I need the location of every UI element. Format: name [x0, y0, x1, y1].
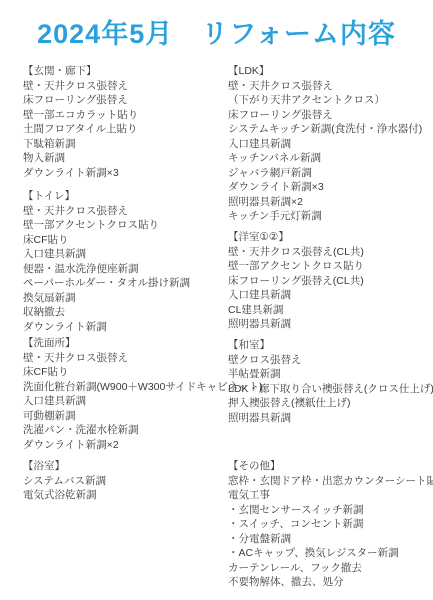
section: 【洗面所】 壁・天井クロス張替え床CF貼り洗面化粧台新調(W900＋W300サイ…	[23, 336, 263, 452]
section-item: ・スイッチ、コンセント新調	[228, 517, 433, 532]
section-item: 入口建具新調	[23, 247, 190, 262]
section-item: 照明器具新調	[228, 317, 364, 332]
section-heading: 【トイレ】	[23, 189, 190, 204]
section-items: 壁クロス張替え半帖畳新調LDK・廊下取り合い襖張替え(クロス仕上げ)押入襖張替え…	[228, 353, 433, 426]
section-item: 洗面化粧台新調(W900＋W300サイドキャビネット)	[23, 380, 263, 395]
section-item: 洗濯パン・洗濯水栓新調	[23, 423, 263, 438]
section-item: 可動棚新調	[23, 409, 263, 424]
section-item: 押入襖張替え(襖紙仕上げ)	[228, 396, 433, 411]
section-item: 入口建具新調	[23, 394, 263, 409]
section-item: 床CF貼り	[23, 233, 190, 248]
section-heading: 【洗面所】	[23, 336, 263, 351]
section-item: 壁一部アクセントクロス貼り	[23, 218, 190, 233]
section-item: ダウンライト新調	[23, 320, 190, 335]
section: 【トイレ】 壁・天井クロス張替え壁一部アクセントクロス貼り床CF貼り入口建具新調…	[23, 189, 190, 334]
section-item: 下駄箱新調	[23, 137, 138, 152]
section-item: ダウンライト新調×2	[23, 438, 263, 453]
section-heading: 【LDK】	[228, 64, 422, 79]
section-heading: 【浴室】	[23, 459, 106, 474]
section-items: 壁・天井クロス張替え床フローリング張替え壁一部エコカラット貼り土間フロアタイル上…	[23, 79, 138, 181]
section-item: 物入新調	[23, 151, 138, 166]
section-item: 壁一部アクセントクロス貼り	[228, 259, 364, 274]
section-item: 壁・天井クロス張替え	[23, 351, 263, 366]
section: 【浴室】 システムバス新調電気式浴乾新調	[23, 459, 106, 503]
section-item: システムキッチン新調(食洗付・浄水器付)	[228, 122, 422, 137]
section-item: システムバス新調	[23, 474, 106, 489]
section-item: 壁・天井クロス張替え	[228, 79, 422, 94]
section-item: 壁・天井クロス張替え	[23, 204, 190, 219]
section-item: 入口建具新調	[228, 137, 422, 152]
section-items: システムバス新調電気式浴乾新調	[23, 474, 106, 503]
section-heading: 【洋室①②】	[228, 230, 364, 245]
section-item: 窓枠・玄関ドア枠・出窓カウンターシート貼り	[228, 474, 433, 489]
section-item: 照明器具新調×2	[228, 195, 422, 210]
section: 【洋室①②】 壁・天井クロス張替え(CL共)壁一部アクセントクロス貼り床フローリ…	[228, 230, 364, 332]
section-item: 収納撤去	[23, 305, 190, 320]
section-item: 床CF貼り	[23, 365, 263, 380]
section-item: 土間フロアタイル上貼り	[23, 122, 138, 137]
section-item: 床フローリング張替え(CL共)	[228, 274, 364, 289]
section-items: 壁・天井クロス張替え（下がり天井アクセントクロス）床フローリング張替えシステムキ…	[228, 79, 422, 224]
section-items: 壁・天井クロス張替え(CL共)壁一部アクセントクロス貼り床フローリング張替え(C…	[228, 245, 364, 332]
section: 【玄関・廊下】 壁・天井クロス張替え床フローリング張替え壁一部エコカラット貼り土…	[23, 64, 138, 180]
section-heading: 【玄関・廊下】	[23, 64, 138, 79]
section-item: キッチン手元灯新調	[228, 209, 422, 224]
section-heading: 【和室】	[228, 338, 433, 353]
section-item: ・分電盤新調	[228, 532, 433, 547]
section: 【その他】 窓枠・玄関ドア枠・出窓カウンターシート貼り電気工事・玄関センサースイ…	[228, 459, 433, 590]
section-item: 壁クロス張替え	[228, 353, 433, 368]
section-items: 壁・天井クロス張替え床CF貼り洗面化粧台新調(W900＋W300サイドキャビネッ…	[23, 351, 263, 453]
section-item: 入口建具新調	[228, 288, 364, 303]
section-item: 壁一部エコカラット貼り	[23, 108, 138, 123]
section-item: ・ACキャップ、換気レジスター新調	[228, 546, 433, 561]
section-item: 半帖畳新調	[228, 367, 433, 382]
section-item: キッチンパネル新調	[228, 151, 422, 166]
document-page: 2024年5月 リフォーム内容 【玄関・廊下】 壁・天井クロス張替え床フローリン…	[0, 0, 433, 600]
section-heading: 【その他】	[228, 459, 433, 474]
section-item: 照明器具新調	[228, 411, 433, 426]
section-item: ダウンライト新調×3	[23, 166, 138, 181]
section-item: （下がり天井アクセントクロス）	[228, 93, 422, 108]
section-items: 窓枠・玄関ドア枠・出窓カウンターシート貼り電気工事・玄関センサースイッチ新調・ス…	[228, 474, 433, 590]
section-item: CL建具新調	[228, 303, 364, 318]
section-item: 壁・天井クロス張替え	[23, 79, 138, 94]
section-items: 壁・天井クロス張替え壁一部アクセントクロス貼り床CF貼り入口建具新調便器・温水洗…	[23, 204, 190, 335]
section-item: 床フローリング張替え	[228, 108, 422, 123]
section: 【和室】 壁クロス張替え半帖畳新調LDK・廊下取り合い襖張替え(クロス仕上げ)押…	[228, 338, 433, 425]
section-item: ペーパーホルダー・タオル掛け新調	[23, 276, 190, 291]
section-item: ダウンライト新調×3	[228, 180, 422, 195]
section-item: 電気工事	[228, 488, 433, 503]
section-item: ・玄関センサースイッチ新調	[228, 503, 433, 518]
section-item: 換気扇新調	[23, 291, 190, 306]
section: 【LDK】 壁・天井クロス張替え（下がり天井アクセントクロス）床フローリング張替…	[228, 64, 422, 224]
section-item: 便器・温水洗浄便座新調	[23, 262, 190, 277]
section-item: LDK・廊下取り合い襖張替え(クロス仕上げ)	[228, 382, 433, 397]
section-item: 壁・天井クロス張替え(CL共)	[228, 245, 364, 260]
page-title: 2024年5月 リフォーム内容	[0, 12, 433, 51]
section-item: 不要物解体、撤去、処分	[228, 575, 433, 590]
section-item: 電気式浴乾新調	[23, 488, 106, 503]
section-item: 床フローリング張替え	[23, 93, 138, 108]
section-item: ジャバラ網戸新調	[228, 166, 422, 181]
section-item: カーテンレール、フック撤去	[228, 561, 433, 576]
